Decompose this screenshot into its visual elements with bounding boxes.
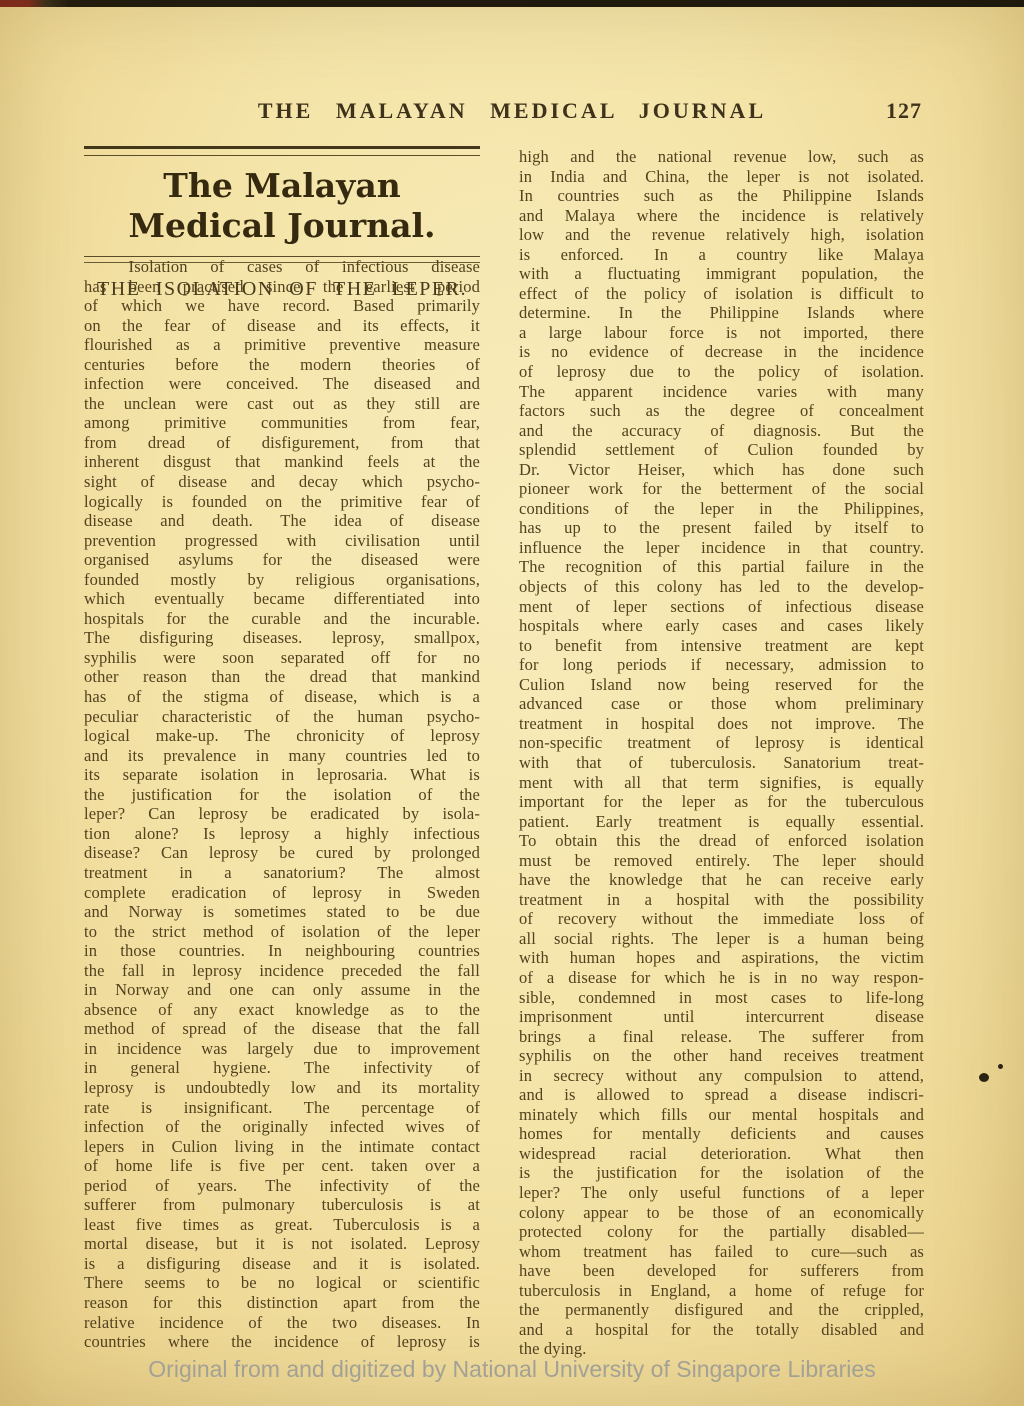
- text-line: rate is insignificant. The percentage of: [84, 1098, 480, 1118]
- text-line: of a disease for which he is in no way r…: [519, 968, 924, 988]
- text-line: sible, condemned in most cases to life-l…: [519, 988, 924, 1008]
- text-line: of leprosy due to the policy of isolatio…: [519, 362, 924, 382]
- text-line: is no evidence of decrease in the incide…: [519, 342, 924, 362]
- text-line: The recognition of this partial failure …: [519, 557, 924, 577]
- text-line: must be removed entirely. The leper shou…: [519, 851, 924, 871]
- text-line: and Norway is sometimes stated to be due: [84, 902, 480, 922]
- text-line: absence of any exact knowledge as to the: [84, 1000, 480, 1020]
- text-line: relative incidence of the two diseases. …: [84, 1313, 480, 1333]
- digitization-watermark: Original from and digitized by National …: [0, 1356, 1024, 1383]
- masthead-top-rule: [84, 146, 480, 156]
- text-line: with a fluctuating immigrant population,…: [519, 264, 924, 284]
- text-line: in India and China, the leper is not iso…: [519, 167, 924, 187]
- text-line: has been practised since the earliest pe…: [84, 277, 480, 297]
- text-line: There seems to be no logical or scientif…: [84, 1273, 480, 1293]
- text-line: is the justification for the isolation o…: [519, 1163, 924, 1183]
- text-line: widespread racial deterioration. What th…: [519, 1144, 924, 1164]
- scanned-journal-page: THE MALAYAN MEDICAL JOURNAL 127 The Mala…: [0, 0, 1024, 1406]
- text-line: infection were conceived. The diseased a…: [84, 374, 480, 394]
- text-line: its separate isolation in leprosaria. Wh…: [84, 765, 480, 785]
- text-line: and the accuracy of diagnosis. But the: [519, 421, 924, 441]
- text-line: in secrecy without any compulsion to att…: [519, 1066, 924, 1086]
- text-line: the justification for the isolation of t…: [84, 785, 480, 805]
- text-line: Isolation of cases of infectious disease: [84, 257, 480, 277]
- text-line: tion alone? Is leprosy a highly infectio…: [84, 824, 480, 844]
- text-line: In countries such as the Philippine Isla…: [519, 186, 924, 206]
- text-line: of home life is five per cent. taken ove…: [84, 1156, 480, 1176]
- text-line: factors such as the degree of concealmen…: [519, 401, 924, 421]
- text-line: treatment in a hospital with the possibi…: [519, 890, 924, 910]
- text-line: and is allowed to spread a disease indis…: [519, 1085, 924, 1105]
- text-line: low and the revenue relatively high, iso…: [519, 225, 924, 245]
- text-line: imprisonment until intercurrent disease: [519, 1007, 924, 1027]
- text-line: to the strict method of isolation of the…: [84, 922, 480, 942]
- text-line: protected colony for the partially disab…: [519, 1222, 924, 1242]
- text-line: logical make-up. The chronicity of lepro…: [84, 726, 480, 746]
- text-line: effect of the policy of isolation is dif…: [519, 284, 924, 304]
- running-head-journal-title: THE MALAYAN MEDICAL JOURNAL: [0, 98, 1024, 124]
- text-line: in general hygiene. The infectivity of: [84, 1058, 480, 1078]
- masthead-title: The Malayan Medical Journal.: [84, 166, 480, 246]
- text-line: splendid settlement of Culion founded by: [519, 440, 924, 460]
- text-line: to benefit from intensive treatment are …: [519, 636, 924, 656]
- text-line: objects of this colony has led to the de…: [519, 577, 924, 597]
- text-line: pioneer work for the betterment of the s…: [519, 479, 924, 499]
- page-number: 127: [886, 98, 922, 124]
- text-line: least five times as great. Tuberculosis …: [84, 1215, 480, 1235]
- text-line: high and the national revenue low, such …: [519, 147, 924, 167]
- text-line: is enforced. In a country like Malaya: [519, 245, 924, 265]
- text-line: Dr. Victor Heiser, which has done such: [519, 460, 924, 480]
- text-line: The apparent incidence varies with many: [519, 382, 924, 402]
- text-line: of recovery without the immediate loss o…: [519, 909, 924, 929]
- text-line: in incidence was largely due to improvem…: [84, 1039, 480, 1059]
- left-text-column: Isolation of cases of infectious disease…: [84, 257, 480, 1352]
- text-line: treatment in a sanatorium? The almost: [84, 863, 480, 883]
- text-line: determine. In the Philippine Islands whe…: [519, 303, 924, 323]
- text-line: minately which fills our mental hospital…: [519, 1105, 924, 1125]
- text-line: complete eradication of leprosy in Swede…: [84, 883, 480, 903]
- text-line: all social rights. The leper is a human …: [519, 929, 924, 949]
- text-line: flourished as a primitive preventive mea…: [84, 335, 480, 355]
- text-line: in Norway and one can only assume in the: [84, 980, 480, 1000]
- text-line: disease and death. The idea of disease: [84, 511, 480, 531]
- text-line: leper? Can leprosy be eradicated by isol…: [84, 804, 480, 824]
- text-line: tuberculosis in England, a home of refug…: [519, 1281, 924, 1301]
- text-line: period of years. The infectivity of the: [84, 1176, 480, 1196]
- text-line: leprosy is undoubtedly low and its morta…: [84, 1078, 480, 1098]
- text-line: sufferer from pulmonary tuberculosis is …: [84, 1195, 480, 1215]
- text-line: non-specific treatment of leprosy is ide…: [519, 733, 924, 753]
- ink-spot: [979, 1073, 989, 1082]
- text-line: hospitals for the curable and the incura…: [84, 609, 480, 629]
- text-line: organised asylums for the diseased were: [84, 550, 480, 570]
- text-line: countries where the incidence of leprosy…: [84, 1332, 480, 1352]
- text-line: has up to the present failed by itself t…: [519, 518, 924, 538]
- text-line: treatment in hospital does not improve. …: [519, 714, 924, 734]
- text-line: in those countries. In neighbouring coun…: [84, 941, 480, 961]
- text-line: and a hospital for the totally disabled …: [519, 1320, 924, 1340]
- text-line: and its prevalence in many countries led…: [84, 746, 480, 766]
- text-line: Culion Island now being reserved for the: [519, 675, 924, 695]
- text-line: mortal disease, but it is not isolated. …: [84, 1234, 480, 1254]
- text-line: which eventually became differentiated i…: [84, 589, 480, 609]
- text-line: advanced case or those whom preliminary: [519, 694, 924, 714]
- text-line: hospitals where early cases and cases li…: [519, 616, 924, 636]
- text-line: centuries before the modern theories of: [84, 355, 480, 375]
- text-line: influence the leper incidence in that co…: [519, 538, 924, 558]
- text-line: whom treatment has failed to cure—such a…: [519, 1242, 924, 1262]
- text-line: disease? Can leprosy be cured by prolong…: [84, 843, 480, 863]
- text-line: leper? The only useful functions of a le…: [519, 1183, 924, 1203]
- text-line: for long periods if necessary, admission…: [519, 655, 924, 675]
- text-line: of which we have record. Based primarily: [84, 296, 480, 316]
- text-line: reason for this distinction apart from t…: [84, 1293, 480, 1313]
- text-line: inherent disgust that mankind feels at t…: [84, 452, 480, 472]
- text-line: a large labour force is not imported, th…: [519, 323, 924, 343]
- text-line: and Malaya where the incidence is relati…: [519, 206, 924, 226]
- ink-spot: [998, 1064, 1003, 1069]
- text-line: syphilis on the other hand receives trea…: [519, 1046, 924, 1066]
- text-line: on the fear of disease and its effects, …: [84, 316, 480, 336]
- text-line: have the knowledge that he can receive e…: [519, 870, 924, 890]
- text-line: the unclean were cast out as they still …: [84, 394, 480, 414]
- right-text-column: high and the national revenue low, such …: [519, 147, 924, 1359]
- text-line: other reason than the dread that mankind: [84, 667, 480, 687]
- text-line: method of spread of the disease that the…: [84, 1019, 480, 1039]
- text-line: peculiar characteristic of the human psy…: [84, 707, 480, 727]
- text-line: from dread of disfigurement, from that: [84, 433, 480, 453]
- text-line: prevention progressed with civilisation …: [84, 531, 480, 551]
- text-line: with human hopes and aspirations, the vi…: [519, 948, 924, 968]
- text-line: among primitive communities from fear,: [84, 413, 480, 433]
- text-line: To obtain this the dread of enforced iso…: [519, 831, 924, 851]
- text-line: founded mostly by religious organisation…: [84, 570, 480, 590]
- text-line: sight of disease and decay which psycho-: [84, 472, 480, 492]
- text-line: the permanently disfigured and the cripp…: [519, 1300, 924, 1320]
- text-line: the fall in leprosy incidence preceded t…: [84, 961, 480, 981]
- text-line: is a disfiguring disease and it is isola…: [84, 1254, 480, 1274]
- text-line: infection of the originally infected wiv…: [84, 1117, 480, 1137]
- text-line: syphilis were soon separated off for no: [84, 648, 480, 668]
- text-line: ment with all that term signifies, is eq…: [519, 773, 924, 793]
- text-line: ment of leper sections of infectious dis…: [519, 597, 924, 617]
- text-line: patient. Early treatment is equally esse…: [519, 812, 924, 832]
- text-line: with that of tuberculosis. Sanatorium tr…: [519, 753, 924, 773]
- text-line: have been developed for sufferers from: [519, 1261, 924, 1281]
- text-line: colony appear to be those of an economic…: [519, 1203, 924, 1223]
- text-line: conditions of the leper in the Philippin…: [519, 499, 924, 519]
- text-line: lepers in Culion living in the intimate …: [84, 1137, 480, 1157]
- scan-top-edge: [0, 0, 1024, 7]
- text-line: brings a final release. The sufferer fro…: [519, 1027, 924, 1047]
- text-line: homes for mentally deficients and causes: [519, 1124, 924, 1144]
- text-line: logically is founded on the primitive fe…: [84, 492, 480, 512]
- text-line: important for the leper as for the tuber…: [519, 792, 924, 812]
- text-line: has of the stigma of disease, which is a: [84, 687, 480, 707]
- text-line: The disfiguring diseases. leprosy, small…: [84, 628, 480, 648]
